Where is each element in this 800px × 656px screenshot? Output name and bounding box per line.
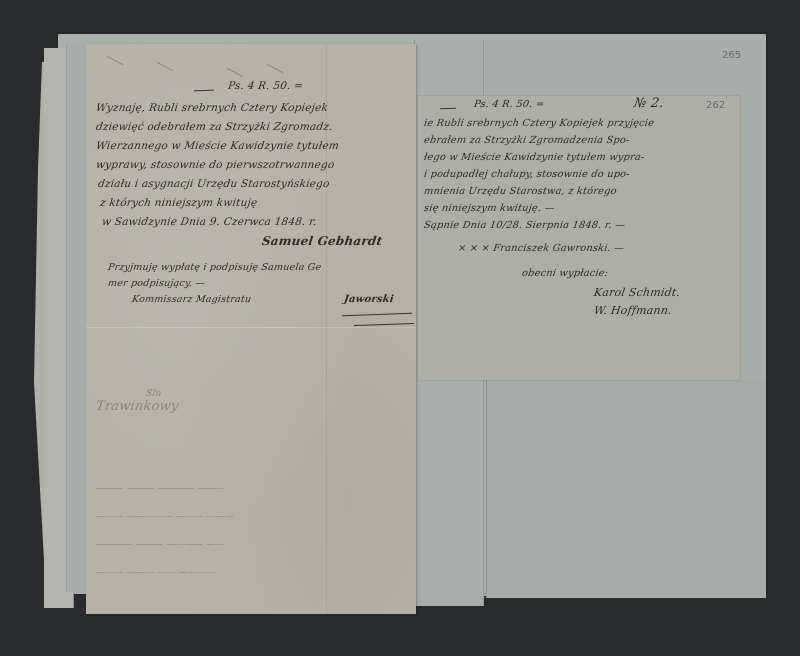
attestation-line: mer podpisujący. — (107, 278, 206, 289)
bleed-through-name: Trawinkowy (95, 399, 180, 414)
note-line: ie Rubli srebrnych Cztery Kopiejek przyj… (423, 118, 655, 129)
folio-number-upper: 265 (722, 50, 741, 61)
left-line: Wierzannego w Mieście Kawidzynie tytułem (95, 140, 340, 152)
left-signature: Samuel Gebhardt (261, 234, 383, 248)
fold-line (86, 327, 416, 328)
note-witness: W. Hoffmann. (593, 304, 673, 317)
left-line: wyprawy, stosownie do pierwszotrwannego (95, 159, 335, 171)
bleed-through-text: ——— ——— —— ———— (95, 568, 216, 578)
note-line: łego w Mieście Kawidzynie tytułem wypra- (423, 152, 645, 163)
ink-dash (440, 108, 456, 110)
attestation-line: Przyjmuję wypłatę i podpisuję Samuela Ge (107, 262, 322, 273)
right-folder-lower (486, 380, 766, 598)
note-line: mnienia Urzędu Starostwa, z którego (423, 186, 617, 197)
note-line: Sąpnie Dnia 10/28. Sierpnia 1848. r. — (423, 220, 626, 231)
ink-bleed-mark (157, 62, 173, 71)
note-number: № 2. (633, 96, 665, 111)
attestation-signature: Jaworski (343, 294, 394, 305)
folio-number-note: 262 (706, 100, 725, 111)
bleed-through-text: ——— ————— ——— ——— (95, 512, 234, 522)
ink-bleed-mark (227, 68, 243, 77)
signature-flourish (342, 313, 412, 316)
ink-dash (194, 90, 214, 92)
left-line: działu i asygnacji Urzędu Starostyńskieg… (97, 178, 330, 190)
bleed-through-text: ——— ——— ———— ——— (95, 484, 225, 494)
folder-strip-left (66, 44, 88, 592)
note-line: się niniejszym kwituję. — (423, 203, 555, 214)
signature-flourish (354, 323, 414, 326)
note-line: i podupadłej chałupy, stosownie do upo- (423, 169, 630, 180)
note-reference: Ps. 4 R. 50. = (473, 99, 545, 110)
note-signatory: × × × Franciszek Gawronski. — (457, 243, 625, 254)
left-line: w Sawidzynie Dnia 9. Czerwca 1848. r. (101, 216, 317, 228)
left-line: dziewięć odebrałem za Strzyżki Zgromadz. (95, 121, 333, 133)
left-document-sheet: Ps. 4 R. 50. = Wyznaję, Rubli srebrnych … (86, 44, 416, 614)
right-note-sheet: Ps. 4 R. 50. = № 2. 262 ie Rubli srebrny… (418, 96, 740, 380)
ink-bleed-mark (107, 56, 123, 65)
left-line: Wyznaję, Rubli srebrnych Cztery Kopiejek (95, 102, 329, 114)
bleed-through-text: Sln (145, 389, 162, 399)
ink-bleed-mark (267, 64, 283, 73)
note-witness-label: obecni wypłacie: (521, 268, 609, 279)
bleed-through-text: ———— ——— ———— —— (95, 540, 225, 550)
note-line: ebrałem za Strzyżki Zgromadzenia Spo- (423, 135, 630, 146)
left-line: z których niniejszym kwituję (99, 197, 258, 209)
left-reference: Ps. 4 R. 50. = (227, 80, 304, 92)
note-witness: Karol Schmidt. (593, 286, 681, 299)
attestation-line: Kommissarz Magistratu (131, 294, 252, 305)
